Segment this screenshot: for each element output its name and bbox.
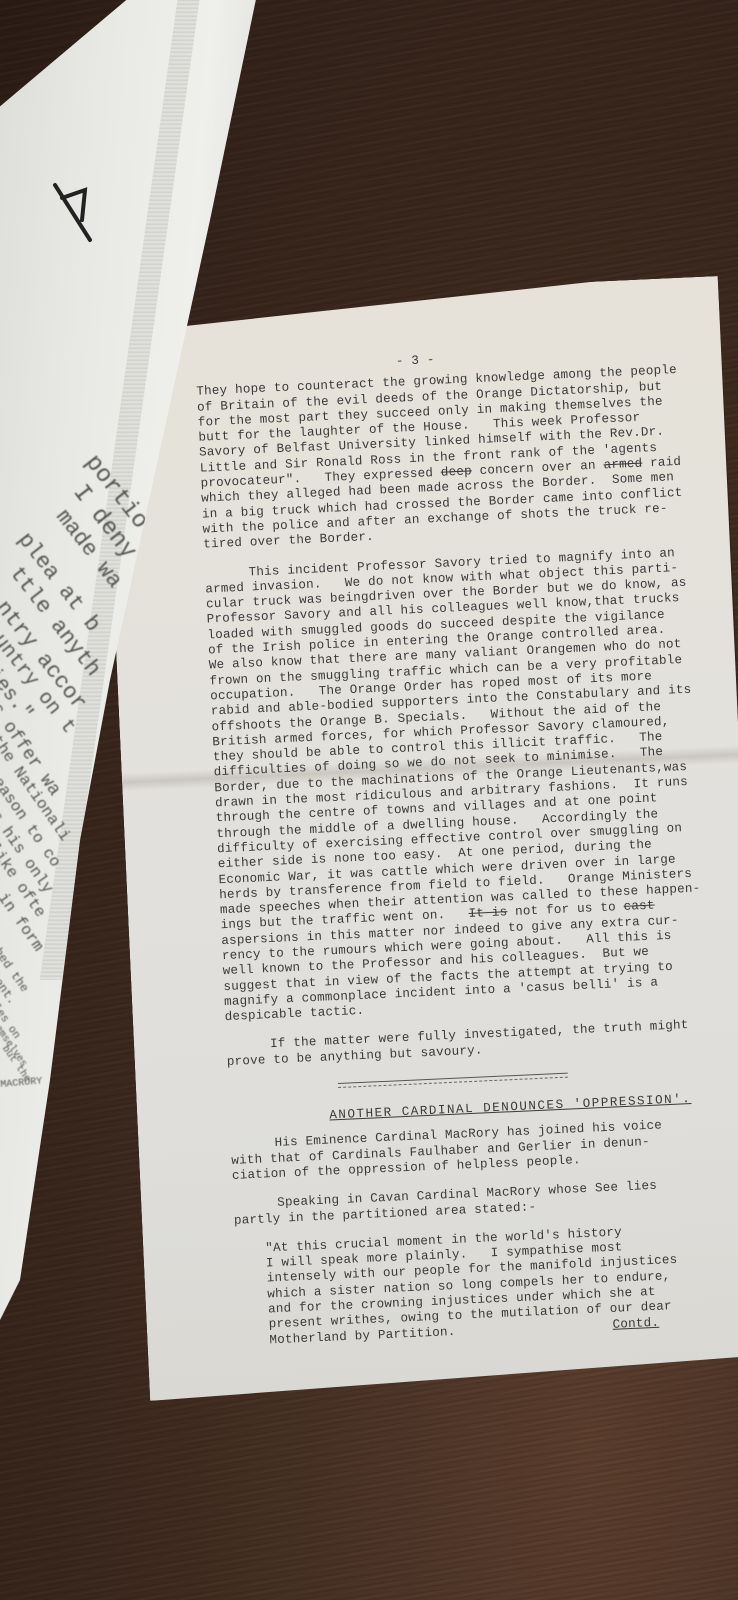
section-paragraph-2-text: Speaking in Cavan Cardinal MacRory whose… (234, 1179, 658, 1228)
section-divider (338, 1073, 568, 1088)
section-paragraph-1-text: His Eminence Cardinal MacRory has joined… (231, 1119, 662, 1183)
curled-page-fragment: MACRORY (0, 1076, 43, 1091)
paragraph-1: They hope to counteract the growing know… (196, 362, 703, 553)
typewritten-page: - 3 - They hope to counteract the growin… (100, 276, 738, 1401)
page-body: - 3 - They hope to counteract the growin… (195, 341, 738, 1350)
paragraph-3: If the matter were fully investigated, t… (226, 1017, 727, 1070)
section-paragraph-1: His Eminence Cardinal MacRory has joined… (230, 1116, 732, 1185)
section-heading-text: ANOTHER CARDINAL DENOUNCES 'OPPRESSION'. (329, 1092, 692, 1122)
paragraph-2-text: This incident Professor Savory tried to … (205, 546, 701, 1024)
paragraph-2: This incident Professor Savory tried to … (204, 544, 724, 1025)
section-paragraph-2: Speaking in Cavan Cardinal MacRory whose… (233, 1175, 734, 1228)
paragraph-3-text: If the matter were fully investigated, t… (227, 1019, 689, 1069)
continued-marker: Contd. (612, 1315, 659, 1332)
handwritten-mark-icon (50, 180, 100, 250)
